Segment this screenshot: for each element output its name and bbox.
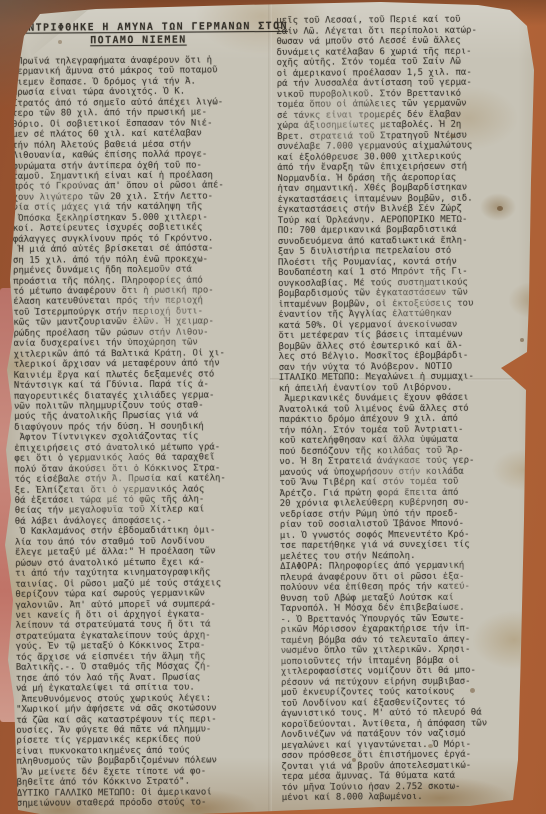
stain-speck <box>58 40 62 44</box>
stain-speck <box>352 758 356 762</box>
typed-text-layer: ΣΥΝΤΡΙΦΘΗΚΕ Η ΑΜΥΝΑ ΤΩΝ ΓΕΡΜΑΝΩΝ ΣΤΟΝ ΠΟ… <box>0 0 546 814</box>
stain-speck <box>450 134 455 138</box>
column-right: μεῖς τοῦ Λεσσαί, τοῦ Περιέ καί τοῦΣαίν Λ… <box>276 14 535 803</box>
headline-line-1: ΣΥΝΤΡΙΦΘΗΚΕ Η ΑΜΥΝΑ ΤΩΝ ΓΕΡΜΑΝΩΝ ΣΤΟΝ <box>13 20 263 35</box>
stain-speck <box>470 688 475 693</box>
text-line: σημειώνουν σταθερά πρόοδο στούς το- <box>17 797 269 809</box>
headline-line-2: ΠΟΤΑΜΟ ΝΙΕΜΕΝ <box>13 33 263 48</box>
photo-of-document: ΣΥΝΤΡΙΦΘΗΚΕ Η ΑΜΥΝΑ ΤΩΝ ΓΕΡΜΑΝΩΝ ΣΤΟΝ ΠΟ… <box>0 0 546 814</box>
newspaper-sheet: ΣΥΝΤΡΙΦΘΗΚΕ Η ΑΜΥΝΑ ΤΩΝ ΓΕΡΜΑΝΩΝ ΣΤΟΝ ΠΟ… <box>0 0 546 814</box>
stain-speck <box>497 206 503 211</box>
stain-speck <box>428 744 433 748</box>
text-line: μένοι καί 8.000 λαβωμένοι. <box>282 791 536 803</box>
stain-speck <box>520 338 524 342</box>
stain-speck <box>12 168 17 175</box>
headline: ΣΥΝΤΡΙΦΘΗΚΕ Η ΑΜΥΝΑ ΤΩΝ ΓΕΡΜΑΝΩΝ ΣΤΟΝ ΠΟ… <box>13 20 263 48</box>
column-left: Πρωϊνά τηλεγραφήματα ἀναφέρουν ὅτι ἡγερμ… <box>12 55 269 809</box>
